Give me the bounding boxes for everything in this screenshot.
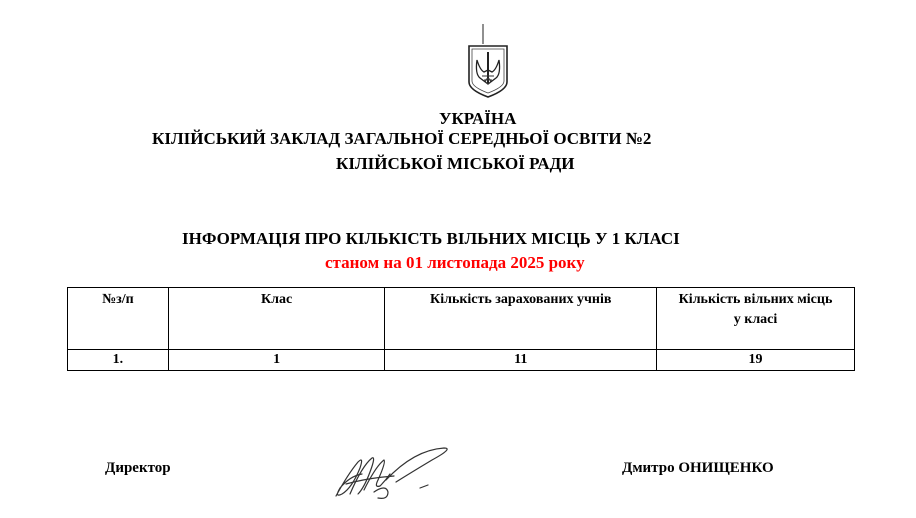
- header-number: №з/п: [68, 288, 169, 350]
- header-vacancies-label: Кількість вільних місць у класі: [676, 290, 836, 330]
- table-row: 1. 1 11 19: [68, 350, 855, 371]
- council-heading: КІЛІЙСЬКОЇ МІСЬКОЇ РАДИ: [336, 154, 575, 174]
- header-enrolled: Кількість зарахованих учнів: [385, 288, 657, 350]
- signer-name: Дмитро ОНИЩЕНКО: [622, 460, 774, 477]
- cell-class: 1: [168, 350, 385, 371]
- document-date: станом на 01 листопада 2025 року: [325, 253, 585, 273]
- signature-icon: [328, 444, 458, 506]
- signer-position: Директор: [105, 460, 171, 477]
- table-header-row: №з/п Клас Кількість зарахованих учнів Кі…: [68, 288, 855, 350]
- cell-number: 1.: [68, 350, 169, 371]
- school-name-heading: КІЛІЙСЬКИЙ ЗАКЛАД ЗАГАЛЬНОЇ СЕРЕДНЬОЇ ОС…: [152, 129, 651, 149]
- header-vacancies: Кількість вільних місць у класі: [657, 288, 855, 350]
- document-title: ІНФОРМАЦІЯ ПРО КІЛЬКІСТЬ ВІЛЬНИХ МІСЦЬ У…: [182, 229, 680, 249]
- coat-of-arms-icon: [466, 24, 512, 98]
- country-heading: УКРАЇНА: [439, 109, 516, 129]
- cell-enrolled: 11: [385, 350, 657, 371]
- vacancies-table: №з/п Клас Кількість зарахованих учнів Кі…: [67, 287, 855, 371]
- header-class: Клас: [168, 288, 385, 350]
- cell-vacancies: 19: [657, 350, 855, 371]
